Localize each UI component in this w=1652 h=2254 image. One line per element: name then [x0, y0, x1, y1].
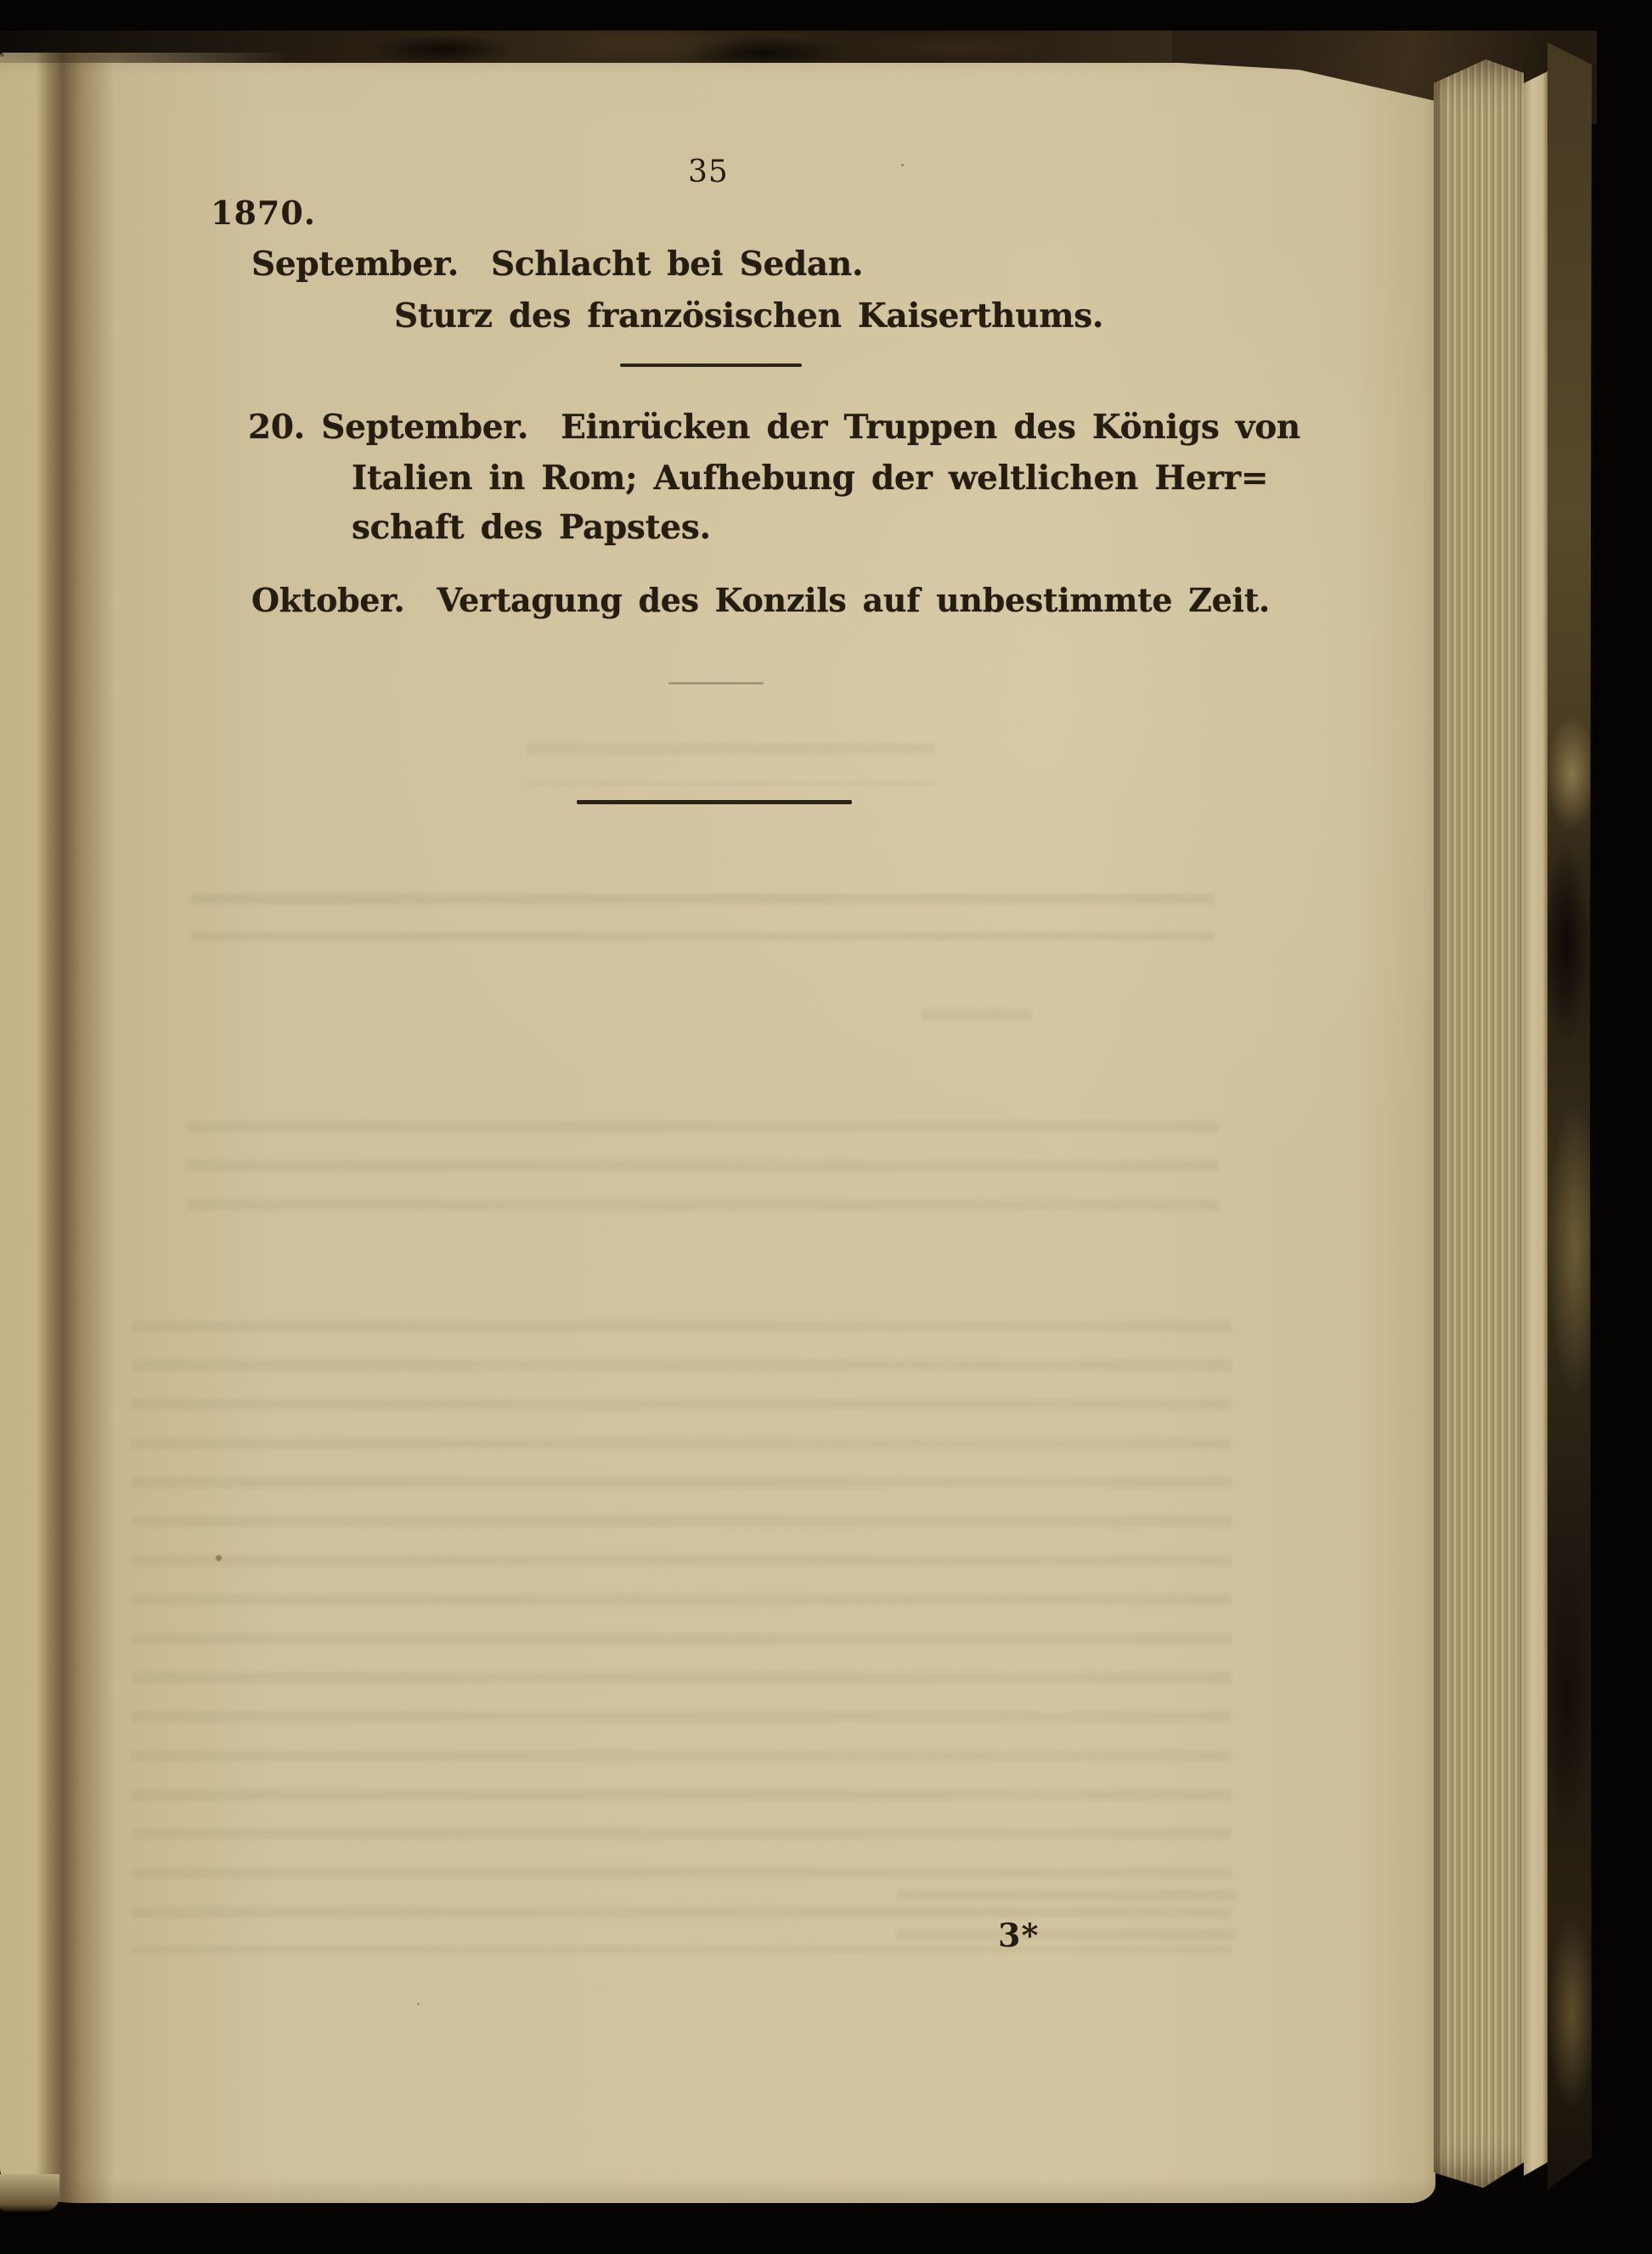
book-page-paper: 35 1870. September. Schlacht bei Sedan. …: [0, 53, 1435, 2203]
bleedthrough-text-block: [527, 743, 934, 786]
separator-rule: [620, 363, 802, 367]
entry-text: Einrücken der Truppen des Königs von: [561, 408, 1300, 447]
separator-rule: [577, 800, 852, 804]
entry-date: September.: [251, 245, 459, 284]
year-heading: 1870.: [211, 194, 316, 232]
page-bottom-left-sliver: [0, 2174, 59, 2212]
entry-text: Vertagung des Konzils auf unbestimmte Ze…: [437, 581, 1269, 619]
bleedthrough-text-block: [187, 1121, 1219, 1214]
fore-edge-smooth-strip: [1524, 71, 1548, 2176]
page-number: 35: [688, 155, 729, 189]
entry-date: 20. September.: [248, 408, 528, 447]
separator-rule-faded: [668, 682, 764, 685]
bleedthrough-text-block: [896, 1890, 1236, 1958]
paper-texture: [0, 53, 1435, 2203]
entry-text: schaft des Papstes.: [352, 508, 711, 547]
entry-20-september-line3: schaft des Papstes.: [352, 508, 711, 547]
entry-september-line: September. Schlacht bei Sedan.: [251, 245, 863, 284]
book-cover-edge: [1548, 42, 1592, 2189]
entry-20-september-line1: 20. September. Einrücken der Truppen des…: [248, 408, 1300, 447]
entry-date: Oktober.: [251, 581, 404, 619]
entry-text: Sturz des französischen Kaiserthums.: [394, 296, 1103, 335]
entry-text: Schlacht bei Sedan.: [491, 245, 863, 284]
entry-september-line2: Sturz des französischen Kaiserthums.: [394, 296, 1103, 335]
bleedthrough-text-block: [191, 893, 1215, 940]
entry-20-september-line2: Italien in Rom; Aufhebung der weltlichen…: [352, 459, 1268, 498]
signature-mark: 3*: [998, 1916, 1039, 1954]
bleedthrough-text-block: [132, 1321, 1232, 1953]
bleedthrough-text-block: [922, 1009, 1032, 1047]
entry-text: Italien in Rom; Aufhebung der weltlichen…: [352, 459, 1268, 498]
fore-edge-page-stack: [1434, 59, 1524, 2188]
entry-oktober-line: Oktober. Vertagung des Konzils auf unbes…: [251, 581, 1270, 619]
scanned-book-page: 35 1870. September. Schlacht bei Sedan. …: [0, 0, 1652, 2254]
